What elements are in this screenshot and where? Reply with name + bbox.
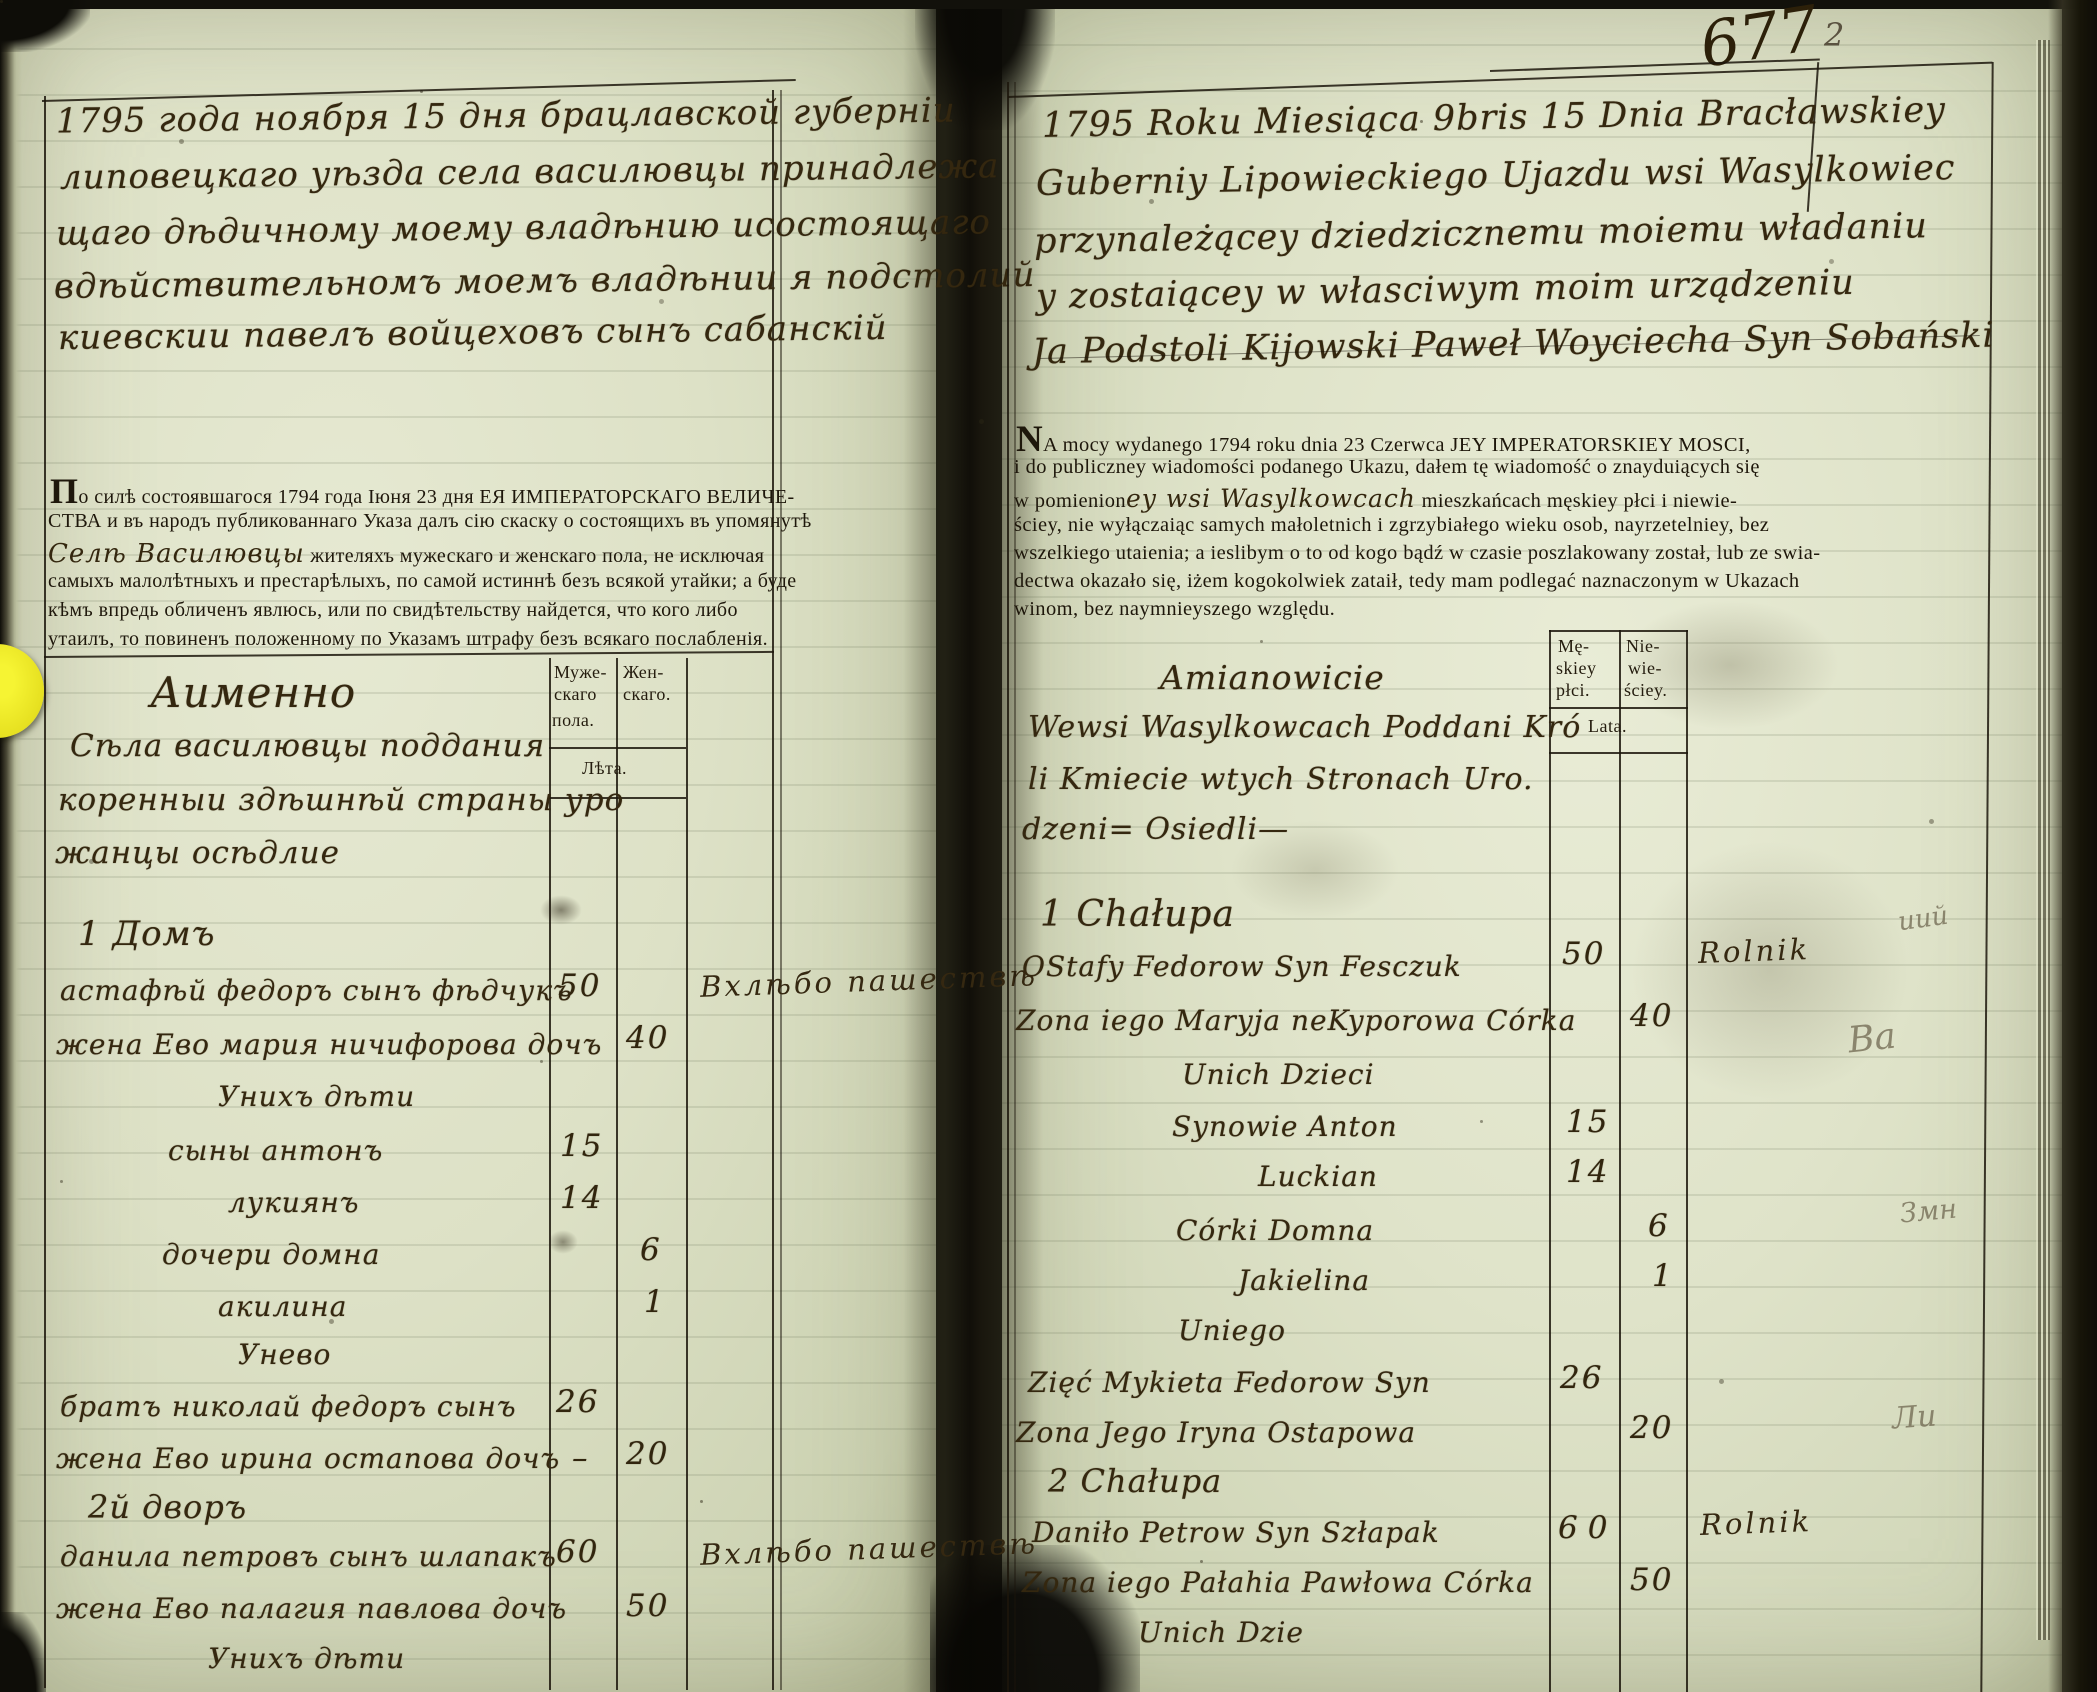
table-row-name: Zona iego Maryja neKyporowa Córka [1016, 1004, 1576, 1037]
printed-line3-rest: жителяхъ мужескаго и женскаго пола, не и… [305, 545, 764, 567]
margin-note: Ва [1846, 1016, 1898, 1062]
printed-declaration-line: NA mocy wydanego 1794 roku dnia 23 Czerw… [1016, 426, 1751, 457]
age-male: 50 [1562, 936, 1605, 972]
age-male: 14 [560, 1180, 603, 1216]
age-female: 20 [626, 1436, 669, 1472]
table-row-name: Jakielina [1238, 1264, 1370, 1297]
printed-declaration-line: wszelkiego utaienia; a ieslibym o to od … [1014, 542, 1820, 565]
dark-corner-bottom-left [0, 1612, 46, 1692]
col-header-female: wie- [1628, 658, 1662, 679]
age-female: 1 [1652, 1258, 1674, 1294]
printed-declaration-line: winom, bez naymnieyszego względu. [1014, 598, 1335, 621]
col-header-male: płci. [1556, 680, 1590, 701]
age-male: 60 [556, 1534, 599, 1570]
table-row-name: Synowie Anton [1172, 1110, 1398, 1143]
col-header-female: Жен- [623, 662, 664, 683]
scan-right-edge [2048, 0, 2097, 1692]
right-frame-left [1007, 82, 1009, 1692]
table-row-name: Zona iego Pałahia Pawłowa Córka [1022, 1566, 1534, 1599]
printed-line3-rest: mieszkańcach męskiey płci i niewie- [1416, 490, 1737, 512]
table-intro-line: li Kmiecie wtych Stronach Uro. [1028, 762, 1534, 797]
col-header-male: пола. [552, 710, 594, 731]
table-row-name: Унихъ дѣти [208, 1642, 405, 1675]
table-row-name: Uniego [1178, 1314, 1286, 1347]
col-header-male: Муже- [554, 662, 607, 683]
col-header-male: скаго [554, 684, 597, 705]
age-female: 6 [640, 1232, 662, 1268]
margin-note: Змн [1899, 1194, 1958, 1230]
scanned-book-spread: 677 2 1795 года ноября 15 дня брацлавско… [0, 0, 2097, 1692]
col-header-male: skiey [1556, 658, 1597, 679]
table-intro-line: Аименно [150, 668, 356, 717]
table-row-name: акилина [218, 1290, 347, 1323]
table-row-name: данила петровъ сынъ шлапакъ [60, 1540, 557, 1573]
table-intro-line: Сѣла василювцы поддания [70, 728, 545, 764]
right-col-line-3 [1686, 630, 1688, 1692]
age-male: 26 [556, 1384, 599, 1420]
left-col-line-3 [686, 658, 688, 1690]
table-row-name: жена Ево ирина остапова дочъ [56, 1442, 560, 1475]
col-header-years: Лѣта. [582, 758, 627, 779]
table-row-name: астафѣй федоръ сынъ фѣдчукъ [60, 974, 573, 1007]
table-row-name: Унево [238, 1338, 331, 1371]
table-intro-line: жанцы осѣдлие [55, 835, 340, 871]
table-row-name: OStafy Fedorow Syn Fesczuk [1022, 950, 1462, 983]
printed-declaration-line: i do publiczney wiadomości podanego Ukaz… [1014, 456, 1760, 479]
right-col-line-2 [1619, 630, 1621, 1692]
printed-declaration-line: ściey, nie wyłączaiąc samych małoletnich… [1014, 514, 1769, 537]
age-male: 14 [1566, 1154, 1609, 1190]
right-col-line-1 [1549, 630, 1551, 1692]
printed-declaration-line: w pomienioney wsi Wasylkowcach mieszkańc… [1014, 484, 1737, 513]
age-male: 15 [560, 1128, 603, 1164]
ink-smudge [1630, 840, 1910, 1100]
table-intro-line: Wewsi Wasylkowcach Poddani Kró [1028, 710, 1581, 745]
age-female: 50 [1630, 1562, 1673, 1598]
table-intro-line: Amianowicie [1160, 658, 1385, 697]
age-female: 6 [1648, 1208, 1670, 1244]
left-header-mid-line [549, 747, 686, 749]
table-row-name: 2й дворъ [88, 1488, 247, 1526]
page-number-secondary: 2 [1824, 16, 1844, 54]
hw-insert-village: ey wsi Wasylkowcach [1126, 484, 1416, 513]
right-header-mid-line [1549, 707, 1688, 709]
table-intro-line: коренныи здѣшнѣй страны уро [58, 782, 624, 818]
table-row-name: Unich Dzie [1138, 1616, 1304, 1649]
age-male: 15 [1566, 1104, 1609, 1140]
occupation-note: Rolnik [1697, 932, 1810, 970]
col-header-years: Lata. [1588, 716, 1627, 737]
age-female: 40 [626, 1020, 669, 1056]
age-male: 60 [1558, 1510, 1617, 1546]
table-row-name: Zona Jego Iryna Ostapowa [1016, 1416, 1416, 1449]
table-row-name: 1 Chałupa [1040, 894, 1235, 935]
table-row-name: сыны антонъ [168, 1134, 383, 1167]
right-header-bottom-line [1549, 752, 1688, 754]
col-header-female: Nie- [1626, 636, 1660, 657]
printed-declaration-line: самыхъ малолѣтныхъ и престарѣлыхъ, по са… [48, 570, 797, 593]
ink-blot [548, 1230, 578, 1254]
printed-declaration-line: СТВА и въ народъ публикованнаго Указа да… [48, 510, 812, 533]
col-header-female: ściey. [1624, 680, 1667, 701]
table-row-name: 1 Домъ [78, 914, 215, 954]
torn-left-edge [0, 0, 22, 1692]
table-row-name: Унихъ дѣти [218, 1080, 415, 1113]
age-male-dash: – [572, 1440, 590, 1476]
printed-declaration-line: Селѣ Василювцы жителяхъ мужескаго и женс… [48, 539, 764, 569]
age-female: 20 [1630, 1410, 1673, 1446]
table-row-name: Córki Domna [1176, 1214, 1374, 1247]
col-header-male: Mę- [1558, 636, 1590, 657]
table-row-name: 2 Chałupa [1048, 1462, 1222, 1500]
table-row-name: братъ николай федоръ сынъ [60, 1390, 517, 1423]
table-row-name: дочери домна [162, 1238, 380, 1271]
table-row-name: Luckian [1258, 1160, 1378, 1193]
col-header-female: скаго. [623, 684, 671, 705]
right-header-top-line [1549, 630, 1688, 632]
age-female: 40 [1630, 998, 1673, 1034]
printed-declaration-line: dectwa okazało się, iżem kogokolwiek zat… [1014, 570, 1800, 593]
table-row-name: жена Ево палагия павлова дочъ [56, 1592, 567, 1625]
printed-declaration-line: кѣмъ впредь обличенъ явлюсь, или по свид… [48, 599, 738, 622]
age-male: 50 [558, 968, 601, 1004]
printed-declaration-line: утаилъ, то повиненъ положенному по Указа… [48, 628, 768, 651]
table-row-name: Daniło Petrow Syn Szłapak [1032, 1516, 1440, 1549]
margin-note: Ли [1891, 1398, 1938, 1436]
table-intro-line: dzeni= Osiedli— [1022, 812, 1289, 847]
age-female: 50 [626, 1588, 669, 1624]
table-row-name: лукиянъ [228, 1186, 359, 1219]
table-row-name: Zięć Mykieta Fedorow Syn [1028, 1366, 1431, 1399]
ink-blot [540, 895, 582, 925]
table-row-name: Unich Dzieci [1182, 1058, 1375, 1091]
printed-declaration-line: По силѣ состоявшагося 1794 года Іюня 23 … [50, 479, 795, 509]
hw-insert-village: Селѣ Василювцы [48, 539, 305, 569]
dark-corner-top-left [0, 0, 90, 52]
table-row-name: жена Ево мария ничифорова дочъ [56, 1028, 602, 1061]
occupation-note: Rolnik [1699, 1504, 1812, 1542]
age-female: 1 [644, 1284, 666, 1320]
printed-line3-start: w pomienion [1014, 490, 1126, 512]
right-frame-left-inner [1014, 82, 1016, 1692]
age-male: 26 [1560, 1360, 1603, 1396]
left-frame-left [44, 96, 46, 1688]
paper-specks [0, 0, 3, 3]
